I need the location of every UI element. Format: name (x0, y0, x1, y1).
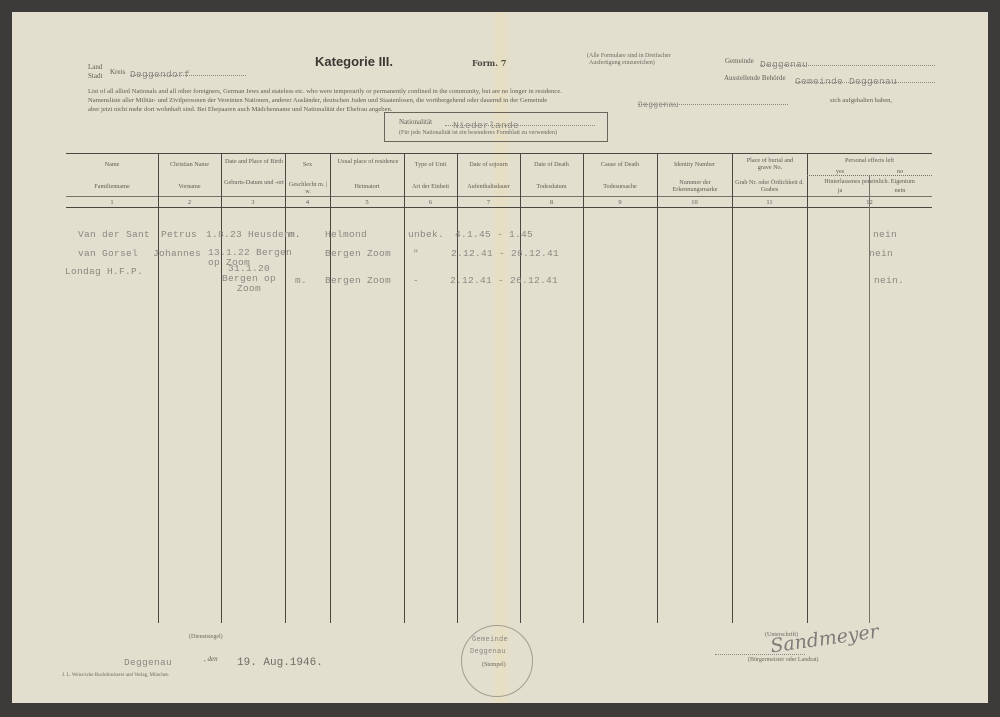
col-number: 12 (807, 199, 932, 206)
col-header-en: Sex (285, 161, 330, 168)
cell-sex: m. (295, 275, 307, 286)
effects-no-label: no (890, 168, 910, 175)
col-number: 6 (404, 199, 457, 206)
cell-sojourn: 2.12.41 - 26.12.41 (451, 248, 559, 259)
col-number: 2 (158, 199, 221, 206)
col-header-de: Todesdatum (520, 183, 583, 190)
nationality-field: Niederlande (445, 115, 595, 126)
col-number: 10 (657, 199, 732, 206)
cell-name: Londag H.F.P. (65, 266, 143, 277)
official-stamp: Gemeinde Deggenau (Stempel) (461, 625, 533, 697)
cell-christian: Petrus (161, 229, 197, 240)
col-header-de: Familienname (66, 183, 158, 190)
nationality-label: Nationalität (399, 118, 432, 126)
kreis-field: Deggendorf (130, 64, 246, 76)
effects-divider (807, 175, 932, 176)
col-header-de: Geburts-Datum und -ort (223, 179, 285, 186)
col-divider (807, 153, 808, 623)
cell-effects: nein (873, 229, 897, 240)
col-header-de: Aufenthaltsdauer (457, 183, 520, 190)
date-value: 19. Aug.1946. (237, 657, 323, 669)
community-field: Deggenau (638, 94, 788, 105)
col-divider (330, 153, 331, 623)
table-header-rule (66, 196, 932, 197)
intro-german-2: aber jetzt nicht mehr dort wohnhaft sind… (88, 106, 392, 113)
cell-sex: m. (289, 229, 300, 240)
printer-imprint: J. L. Weiss'sche Buchdruckerei und Verla… (62, 673, 169, 678)
effects-nein-label: nein (888, 187, 912, 194)
col-header-en: Usual place of residence (332, 158, 404, 165)
form-note-2: Ausfertigung einzureichen) (589, 60, 655, 66)
col-header-de: Todesursache (583, 183, 657, 190)
place-value: Deggenau (124, 657, 172, 668)
cell-unit: unbek. (408, 229, 444, 240)
form-number: Form. 7 (472, 58, 506, 68)
col-header-de: Art der Einheit (404, 183, 457, 190)
cell-effects: nein (869, 248, 893, 259)
gemeinde-label: Gemeinde (725, 57, 754, 65)
cell-name: van Gorsel (78, 248, 138, 259)
col-number: 3 (221, 199, 285, 206)
kreis-value: Deggendorf (130, 69, 190, 80)
col-header-de: Vorname (158, 183, 221, 190)
dienstsiegel-label: (Dienstsiegel) (189, 634, 223, 640)
cell-unit: " (413, 248, 419, 259)
col-divider (583, 153, 584, 623)
page-title: Kategorie III. (315, 54, 393, 69)
kreis-label: Kreis (110, 68, 125, 76)
col-header-de: Geschlecht m. | w. (287, 181, 329, 195)
col-divider (285, 153, 286, 623)
col-divider (520, 153, 521, 623)
den-label: , den (204, 655, 218, 663)
intro-german: Namensliste aller Militär- und Zivilpers… (88, 97, 547, 104)
stamp-line-2: Deggenau (470, 648, 506, 656)
table-top-rule (66, 153, 932, 154)
col-header-en: Name (66, 161, 158, 168)
col-header-en: Date of Death (520, 161, 583, 168)
col-number: 1 (66, 199, 158, 206)
behoerde-value: Gemeinde Deggenau (795, 76, 897, 87)
cell-sojourn: 2.12.41 - 26.12.41 (450, 275, 558, 286)
col-header-de: Heimatort (330, 183, 404, 190)
col-number: 11 (732, 199, 807, 206)
gemeinde-value: Deggenau (760, 59, 808, 70)
col-divider (732, 153, 733, 623)
col-number: 4 (285, 199, 330, 206)
intro-english: List of all allied Nationals and all oth… (88, 88, 562, 95)
col-number: 8 (520, 199, 583, 206)
col-header-en: Date and Place of Birth (223, 158, 285, 165)
col-number: 7 (457, 199, 520, 206)
stamp-line-1: Gemeinde (472, 636, 508, 644)
col-header-en: Identity Number (657, 161, 732, 168)
cell-birth: 31.1.20 Bergen op Zoom (218, 264, 280, 294)
intro-german-end: sich aufgehalten haben, (830, 97, 892, 104)
col-divider (158, 153, 159, 623)
col-header-en: Personal effects left (807, 157, 932, 164)
form-note-1: (Alle Formulare sind in Dreifacher (587, 53, 671, 59)
gemeinde-field: Deggenau (760, 54, 935, 66)
effects-yes-label: yes (830, 168, 850, 175)
nationality-box: Nationalität Niederlande (Für jede Natio… (384, 112, 608, 142)
col-divider-effects (869, 175, 870, 623)
col-header-en: Christian Name (158, 161, 221, 168)
cell-effects: nein. (874, 275, 904, 286)
col-divider (221, 153, 222, 623)
cell-residence: Bergen Zoom (325, 248, 391, 259)
behoerde-label: Ausstellende Behörde (724, 74, 786, 82)
cell-sojourn: 4.1.45 - 1.45 (455, 229, 533, 240)
col-number: 5 (330, 199, 404, 206)
cell-unit: - (413, 275, 419, 286)
behoerde-field: Gemeinde Deggenau (795, 71, 935, 83)
col-header-en: Place of burial and grave No. (740, 157, 800, 171)
effects-ja-label: ja (830, 187, 850, 194)
col-header-en: Type of Unit (404, 161, 457, 168)
col-divider (404, 153, 405, 623)
land-label: Land (88, 63, 102, 71)
cell-birth: 1.8.23 Heusden (206, 229, 290, 240)
cell-residence: Bergen Zoom (325, 275, 391, 286)
col-divider (657, 153, 658, 623)
stamp-label: (Stempel) (482, 662, 506, 668)
table-number-rule (66, 207, 932, 208)
col-header-en: Cause of Death (583, 161, 657, 168)
stadt-label: Stadt (88, 72, 102, 80)
signature-caption: (Bürgermeister oder Landrat) (748, 657, 819, 663)
community-value: Deggenau (638, 101, 679, 110)
cell-christian: Johannes (153, 248, 201, 259)
col-number: 9 (583, 199, 657, 206)
cell-name: Van der Sant (78, 229, 150, 240)
col-header-en: Date of sojourn (457, 161, 520, 168)
col-header-de: Hinterlassenes persönlich. Eigentum (807, 178, 932, 185)
cell-residence: Helmond (325, 229, 367, 240)
col-header-de: Grab Nr. oder Örtlichkeit d. Grabes (734, 179, 805, 193)
col-header-de: Nummer der Erkennungsmarke (665, 179, 725, 193)
nationality-note: (Für jede Nationalität ist ein besondere… (399, 130, 557, 136)
col-divider (457, 153, 458, 623)
